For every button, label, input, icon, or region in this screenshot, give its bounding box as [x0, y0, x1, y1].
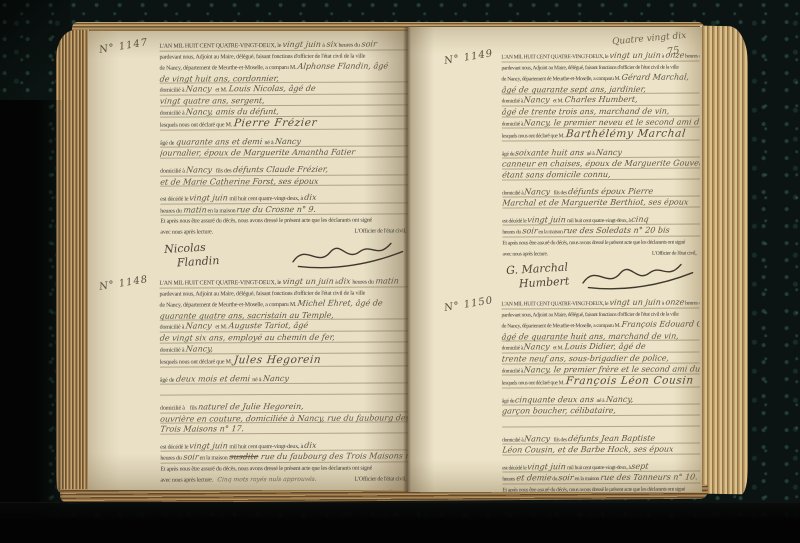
form-line: domicilié à Nancy, le premier neveu et l…: [502, 117, 700, 130]
form-line: Léon Cousin, et de Barbe Hock, ses époux: [502, 445, 700, 457]
form-line: âgé de deux mois et demi né à Nancy: [160, 373, 408, 386]
handwritten-entry: Nancy: [523, 96, 550, 107]
printed-form-text: lesquels nous ont déclaré que M.: [160, 357, 234, 368]
printed-form-text: lesquels nous ont déclaré que M.: [502, 378, 566, 389]
printed-form-text: avec nous après lecture.: [502, 249, 547, 260]
signature-row: EhretTariot: [160, 487, 408, 490]
form-line: de Nancy, département de Meurthe-et-Mose…: [501, 73, 699, 86]
register-right-page: Quatre vingt dix 75 N° 1149L'AN MIL HUIT…: [408, 27, 702, 492]
handwritten-entry: Trois Maisons n° 17.: [160, 424, 244, 435]
official-signature-flourish: [578, 255, 698, 294]
printed-form-text: et M.: [211, 322, 228, 333]
form-line: L'AN MIL HUIT CENT QUATRE-VINGT-DEUX, le…: [501, 50, 699, 63]
handwritten-entry: vingt un juin: [282, 276, 335, 287]
handwritten-entry: dix: [304, 193, 317, 204]
printed-form-text: domicilié à: [160, 322, 186, 333]
printed-form-text: L'AN MIL HUIT CENT QUATRE-VINGT-DEUX, le: [501, 52, 609, 63]
printed-form-text: de Nancy, département de Meurthe-et-Mose…: [160, 63, 298, 74]
form-line: pardevant nous, Adjoint au Maire, délégu…: [159, 287, 408, 299]
handwritten-entry: Louis Didier, âgé de: [564, 342, 646, 353]
form-line: heures du soir en la maison susdite rue …: [160, 451, 408, 464]
printed-form-text: de Nancy, département de Meurthe-et-Mose…: [501, 321, 621, 332]
printed-form-text: heures du: [160, 453, 183, 464]
deceased-name: Pierre Frézier: [233, 118, 318, 129]
handwritten-entry: quarante quatre ans, sacristain au Templ…: [160, 310, 335, 322]
handwritten-entry: Nancy, le premier frère et le second ami…: [523, 364, 699, 376]
handwritten-entry: soir: [361, 40, 378, 51]
death-record-act: N° 1148L'AN MIL HUIT CENT QUATRE-VINGT-D…: [96, 277, 402, 491]
printed-form-text: en la maison: [206, 206, 237, 217]
printed-form-text: mil huit cent quatre-vingt-deux, à: [566, 216, 632, 227]
witness-signatures: NicolasFlandin: [164, 239, 220, 269]
marginal-annotation: Cinq mots rayés nuls approuvés.: [212, 474, 317, 485]
handwritten-entry: rue du Crosne n° 9.: [236, 205, 317, 216]
printed-form-text: mil huit cent quatre-vingt-deux, à: [228, 194, 304, 205]
form-line: ouvrière en couture, domiciliée à Nancy,…: [160, 412, 408, 424]
printed-form-text: et M.: [550, 97, 564, 108]
form-line: de Nancy, département de Meurthe-et-Mose…: [159, 298, 408, 311]
handwritten-entry: Louis Nicolas, âgé de: [228, 84, 316, 95]
death-record-act: N° 1147L'AN MIL HUIT CENT QUATRE-VINGT-D…: [96, 40, 402, 271]
form-line: lesquels nous ont déclaré que M. Barthél…: [502, 129, 700, 143]
printed-form-text: heures du: [160, 206, 183, 217]
handwritten-entry: matin: [182, 205, 207, 216]
signature-row: NicolasFlandin: [160, 240, 408, 271]
page-stack-right-edge: [700, 26, 748, 495]
handwritten-entry: âgé de quarante sept ans, jardinier,: [502, 85, 647, 96]
witness-signature: Ehret: [164, 487, 210, 490]
witness-signature: Flandin: [177, 253, 220, 268]
act-number: N° 1148: [98, 274, 149, 293]
form-line: [160, 384, 408, 396]
handwritten-entry: vingt juin: [527, 215, 567, 226]
handwritten-entry: vingt juin: [189, 193, 229, 204]
form-line: étant sans domicile connu,: [502, 169, 700, 181]
handwritten-entry: journalier, époux de Marguerite Amantha …: [160, 148, 356, 160]
printed-form-text: âgé de: [502, 396, 516, 407]
handwritten-entry: Nancy: [523, 343, 550, 354]
printed-form-text: heures du: [684, 299, 700, 310]
handwritten-entry: de vingt huit ans, cordonnier,: [160, 74, 280, 85]
printed-form-text: en la maison: [574, 474, 600, 485]
handwritten-entry: deux mois et demi: [175, 373, 250, 384]
handwritten-entry: rue des Soledats n° 20 bis: [563, 226, 671, 237]
handwritten-entry: François Edouard Cousin,: [621, 320, 700, 331]
handwritten-entry: six: [325, 40, 337, 51]
handwritten-entry: Nancy, le premier neveu et le second ami…: [523, 117, 699, 129]
act-body: L'AN MIL HUIT CENT QUATRE-VINGT-DEUX, le…: [159, 276, 408, 490]
handwritten-entry: soixante huit ans: [515, 148, 585, 159]
deceased-name: François Léon Cousin: [565, 376, 694, 387]
printed-form-text: est décédé le: [160, 442, 189, 453]
cover-bottom-edge: [0, 502, 800, 543]
handwritten-entry: et demie: [515, 474, 551, 485]
cover-left-shadow: [0, 100, 64, 520]
form-line: est décédé le vingt juin mil huit cent q…: [160, 440, 408, 453]
deceased-name: Jules Hegorein: [233, 354, 322, 365]
printed-form-text: âgé de: [502, 149, 516, 160]
handwritten-entry: rue du faubourg des Trois Maisons n° 17: [257, 451, 408, 462]
handwritten-entry: dix: [338, 276, 351, 287]
form-line: âgé de soixante huit ans né à Nancy: [502, 147, 700, 160]
printed-form-text: lesquels nous ont déclaré que M.: [160, 120, 234, 131]
handwritten-entry: Nancy: [524, 187, 551, 198]
handwritten-entry: sept: [631, 462, 649, 473]
handwritten-entry: et de Marie Catherine Forst, ses époux: [160, 176, 319, 187]
left-page-acts: N° 1147L'AN MIL HUIT CENT QUATRE-VINGT-D…: [88, 31, 408, 490]
handwritten-entry: Charles Humbert,: [564, 95, 638, 106]
printed-form-text: est décédé le: [502, 216, 527, 227]
form-line: quarante quatre ans, sacristain au Templ…: [160, 310, 408, 322]
handwritten-entry: soir: [558, 474, 575, 485]
handwritten-entry: Michel Ehret, âgé de: [297, 298, 383, 309]
form-line: Trois Maisons n° 17.: [160, 423, 408, 435]
handwritten-entry: Nancy,: [605, 395, 634, 406]
act-body: L'AN MIL HUIT CENT QUATRE-VINGT-DEUX, le…: [159, 39, 408, 271]
form-line: domicilié à Nancy et M. Auguste Tariot, …: [160, 320, 408, 333]
handwritten-entry: vingt un juin: [609, 51, 662, 62]
printed-form-text: domicilié à: [502, 119, 524, 130]
printed-form-text: né à: [262, 138, 275, 149]
printed-form-text: domicilié à: [502, 344, 524, 355]
handwritten-entry: soir: [182, 452, 199, 463]
handwritten-entry: vingt quatre ans, sergent,: [160, 96, 266, 107]
handwritten-entry: étant sans domicile connu,: [502, 170, 611, 181]
handwritten-entry: Nancy: [185, 165, 212, 176]
printed-form-text: mil huit cent quatre-vingt-deux, à: [228, 441, 304, 452]
act-number: N° 1147: [98, 37, 149, 56]
form-line: lesquels nous ont déclaré que M. Pierre …: [160, 118, 408, 132]
printed-form-text: en la maison: [537, 228, 563, 239]
printed-form-text: avec nous après lecture.: [160, 227, 213, 238]
printed-form-text: fils des: [550, 435, 568, 446]
form-line: journalier, époux de Marguerite Amantha …: [160, 148, 408, 160]
form-line: de vingt six ans, employé au chemin de f…: [160, 332, 408, 344]
printed-form-text: L'AN MIL HUIT CENT QUATRE-VINGT-DEUX, le: [501, 299, 609, 310]
form-line: lesquels nous ont déclaré que M. Jules H…: [160, 354, 408, 368]
printed-form-text: lesquels nous ont déclaré que M.: [502, 131, 566, 142]
printed-form-text: de Nancy, département de Meurthe-et-Mose…: [501, 74, 621, 85]
printed-form-text: fils des: [212, 166, 233, 177]
form-line: domicilié à Nancy,: [160, 342, 408, 355]
witness-signatures: G. MarchalHumbert: [506, 261, 570, 292]
handwritten-entry: Nancy: [524, 434, 551, 445]
right-page-acts: N° 1149L'AN MIL HUIT CENT QUATRE-VINGT-D…: [408, 27, 702, 492]
handwritten-entry: cinquante deux ans: [515, 395, 595, 406]
handwritten-entry: soir: [521, 227, 538, 238]
act-body: L'AN MIL HUIT CENT QUATRE-VINGT-DEUX, le…: [501, 50, 700, 292]
printed-form-text: né à: [250, 374, 263, 385]
form-line: et de Marie Catherine Forst, ses époux: [160, 176, 408, 188]
death-record-act: N° 1149L'AN MIL HUIT CENT QUATRE-VINGT-D…: [410, 51, 698, 292]
act-number: N° 1149: [443, 48, 494, 67]
book-gutter-shadow: [403, 27, 411, 492]
handwritten-entry: Gérard Marchal,: [621, 73, 690, 84]
handwritten-entry: quarante ans et demi: [175, 137, 263, 148]
handwritten-entry: Nancy: [185, 321, 212, 332]
official-signature-flourish: [288, 233, 408, 272]
witness-signatures: EhretTariot: [164, 487, 210, 490]
handwritten-entry: défunts époux Pierre: [567, 186, 653, 197]
handwritten-entry: cinq: [631, 214, 650, 225]
printed-form-text: mil huit cent quatre-vingt-deux, à: [566, 463, 632, 474]
form-line: domicilié à Nancy fils des défunts époux…: [502, 186, 700, 199]
handwritten-entry: défunts Claude Frézier,: [232, 165, 328, 176]
printed-form-text: et M.: [550, 344, 564, 355]
printed-form-text: né à: [594, 396, 605, 407]
signature-row: G. MarchalHumbert: [502, 262, 700, 293]
printed-form-text: fils des: [550, 188, 568, 199]
witness-signature: Humbert: [519, 275, 570, 291]
form-line: Marchal et de Marguerite Berthiot, ses é…: [502, 198, 700, 210]
handwritten-entry: matin: [374, 276, 399, 287]
printed-form-text: et M.: [211, 86, 228, 97]
handwritten-entry: Léon Cousin, et de Barbe Hock, ses époux: [502, 445, 674, 456]
handwritten-entry: onze: [664, 51, 684, 62]
printed-form-text: heures: [502, 475, 516, 486]
form-line: domicilié à fils naturel de Julie Hegore…: [160, 401, 408, 414]
printed-form-text: pardevant nous, Adjoint au Maire, délégu…: [159, 288, 365, 300]
printed-form-text: domicilié à: [160, 345, 186, 356]
printed-form-text: avec nous après lecture.: [160, 474, 213, 485]
printed-form-text: domicilié à: [502, 97, 524, 108]
handwritten-entry: garçon boucher, célibataire,: [502, 406, 617, 417]
form-line: Et après nous être assuré du décès, nous…: [160, 463, 408, 475]
witness-signature: Nicolas: [164, 239, 219, 255]
printed-form-text: domicilié à: [502, 435, 524, 446]
printed-form-text: heures du: [684, 51, 700, 62]
form-line: [502, 417, 700, 429]
handwritten-entry: rue des Tanneurs n° 10.: [599, 473, 698, 484]
handwritten-entry: défunts Jean Baptiste: [567, 433, 655, 444]
printed-form-text: est décédé le: [502, 463, 527, 474]
deceased-name: Barthélémy Marchal: [565, 129, 686, 140]
act-body: L'AN MIL HUIT CENT QUATRE-VINGT-DEUX, le…: [501, 298, 700, 492]
printed-form-text: heures du: [502, 228, 522, 239]
printed-form-text: L'AN MIL HUIT CENT QUATRE-VINGT-DEUX, le: [159, 41, 282, 52]
printed-form-text: Et après nous être assuré du décès, nous…: [160, 463, 372, 475]
act-number: N° 1150: [443, 295, 494, 314]
handwritten-entry: Nancy: [262, 373, 289, 384]
printed-form-text: Et après nous être assuré du décès, nous…: [502, 485, 685, 492]
printed-form-text: domicilié à: [160, 108, 186, 119]
handwritten-entry: Nancy: [595, 148, 622, 159]
printed-form-text: domicilié à: [502, 366, 524, 377]
printed-form-text: de Nancy, département de Meurthe-et-Mose…: [159, 300, 297, 311]
printed-form-text: heures du: [337, 41, 361, 52]
printed-form-text: L'AN MIL HUIT CENT QUATRE-VINGT-DEUX, le: [159, 278, 282, 289]
printed-form-text: domicilié à: [160, 86, 186, 97]
printed-form-text: âgé de: [160, 375, 176, 386]
printed-form-text: né à: [584, 149, 595, 160]
handwritten-entry: de vingt six ans, employé au chemin de f…: [160, 332, 336, 344]
form-line: heures du soir en la maison rue des Sole…: [502, 226, 700, 239]
handwritten-entry: naturel de Julie Hegorein,: [197, 401, 304, 412]
handwritten-entry: vingt un juin: [609, 298, 662, 309]
handwritten-entry: Nancy: [185, 85, 212, 96]
handwritten-strikethrough: susdite: [228, 452, 258, 463]
handwritten-entry: ouvrière en couture, domiciliée à Nancy,…: [160, 412, 408, 424]
handwritten-entry: Nancy, amis du défunt,: [185, 107, 279, 118]
handwritten-entry: Marchal et de Marguerite Berthiot, ses é…: [502, 198, 689, 210]
printed-form-text: est décédé le: [160, 195, 189, 206]
form-line: est décédé le vingt juin mil huit cent q…: [502, 214, 700, 227]
form-line: lesquels nous ont déclaré que M. Françoi…: [502, 376, 700, 390]
register-left-page: N° 1147L'AN MIL HUIT CENT QUATRE-VINGT-D…: [88, 31, 408, 490]
handwritten-entry: vingt juin: [282, 40, 322, 51]
handwritten-entry: Nancy: [274, 137, 301, 148]
register-book-scan: N° 1147L'AN MIL HUIT CENT QUATRE-VINGT-D…: [0, 0, 800, 543]
printed-form-text: domicilié à: [160, 403, 186, 414]
form-line: L'AN MIL HUIT CENT QUATRE-VINGT-DEUX, le…: [159, 276, 408, 289]
handwritten-entry: Auguste Tariot, âgé: [228, 321, 309, 332]
death-record-act: N° 1150L'AN MIL HUIT CENT QUATRE-VINGT-D…: [410, 298, 698, 492]
form-line: domicilié à Nancy et M. Charles Humbert,: [502, 95, 700, 108]
handwritten-entry: Nancy,: [185, 343, 214, 354]
printed-form-text: âgé de: [160, 138, 176, 149]
handwritten-entry: vingt juin: [527, 462, 567, 473]
handwritten-entry: dix: [304, 440, 317, 451]
handwritten-entry: onze: [664, 298, 684, 309]
printed-form-text: heures du: [351, 277, 375, 288]
printed-form-text: domicilié à: [502, 188, 524, 199]
handwritten-entry: vingt juin: [189, 441, 229, 452]
form-line: Et après nous être assuré du décès, nous…: [502, 484, 700, 492]
printed-form-text: en la maison: [198, 453, 229, 464]
printed-form-text: fils: [186, 403, 198, 414]
printed-form-text: domicilié à: [160, 166, 186, 177]
handwritten-entry: Alphonse Flandin, âgé: [297, 62, 389, 73]
